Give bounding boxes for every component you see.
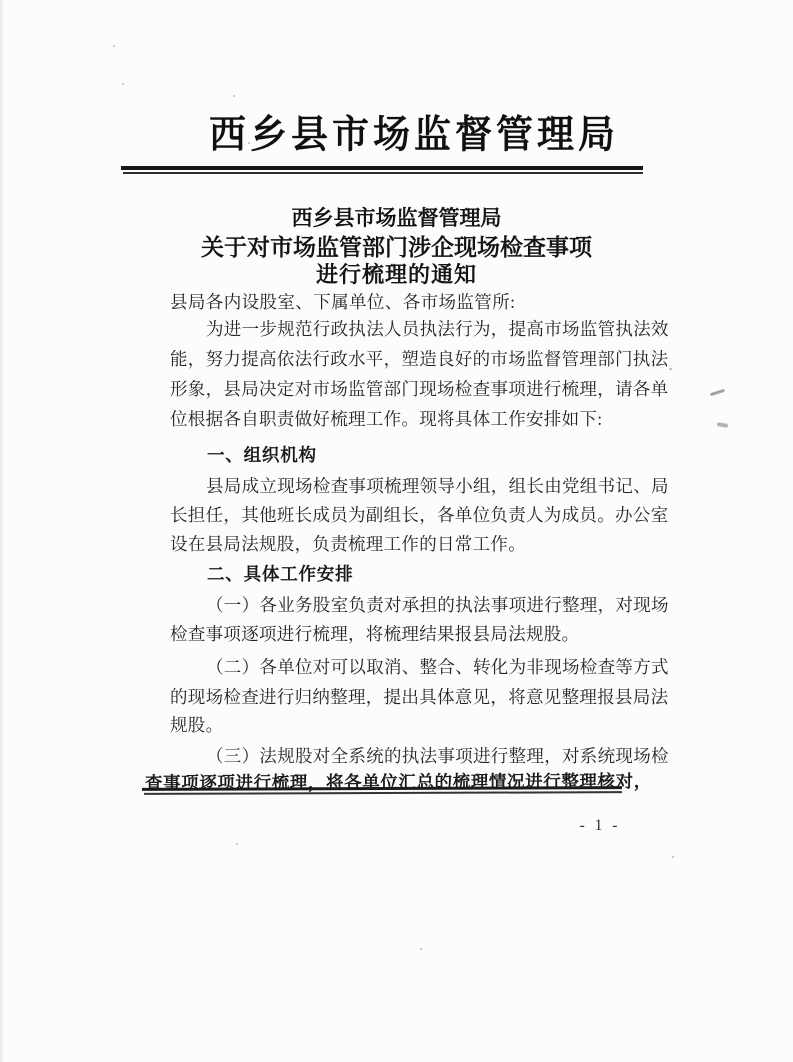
letterhead-rule-thin (123, 172, 643, 174)
scan-speck (236, 843, 238, 845)
strikethrough-line-lower (144, 791, 622, 794)
scan-edge-shadow (0, 0, 4, 1062)
scan-speck (233, 95, 235, 97)
scan-speck (248, 142, 250, 144)
letterhead-rule-thick (121, 166, 643, 170)
body-line: 检查事项逐项进行梳理，将梳理结果报县局法规股。 (170, 623, 579, 645)
page-number: - 1 - (560, 817, 640, 835)
body-line: 规股。 (170, 714, 223, 736)
scan-speck (669, 368, 672, 370)
body-line: （一）各业务股室负责对承担的执法事项进行整理，对现场 (170, 594, 669, 616)
body-line: 设在县局法规股，负责梳理工作的日常工作。 (170, 533, 526, 555)
body-line: 形象，县局决定对市场监管部门现场检查事项进行梳理，请各单 (170, 378, 668, 400)
pencil-smudge (710, 389, 725, 396)
scan-speck (672, 856, 674, 858)
scanned-notice-page: 西乡县市场监督管理局 西乡县市场监督管理局 关于对市场监管部门涉企现场检查事项 … (0, 0, 793, 1062)
agency-letterhead: 西乡县市场监督管理局 (209, 113, 619, 160)
body-line: （二）各单位对可以取消、整合、转化为非现场检查等方式 (170, 656, 669, 678)
doc-title-line-1: 西乡县市场监督管理局 (0, 202, 793, 232)
section-heading-2: 二、具体工作安排 (170, 563, 353, 585)
scan-speck (122, 83, 124, 85)
body-line: 为进一步规范行政执法人员执法行为，提高市场监管执法效 (170, 318, 669, 340)
body-line: 长担任，其他班长成员为副组长，各单位负责人为成员。办公室 (170, 504, 668, 526)
scan-speck (420, 948, 422, 950)
section-heading-1: 一、组织机构 (170, 444, 317, 466)
body-line: 县局成立现场检查事项梳理领导小组，组长由党组书记、局 (170, 475, 669, 497)
doc-title-line-3: 进行梳理的通知 (0, 258, 793, 289)
body-line: 的现场检查进行归纳整理，提出具体意见，将意见整理报县局法 (170, 686, 668, 708)
pencil-smudge (717, 422, 728, 428)
body-line: （三）法规股对全系统的执法事项进行整理，对系统现场检 (170, 745, 669, 767)
salutation: 县局各内设股室、下属单位、各市场监管所: (170, 289, 515, 314)
body-line: 位根据各自职责做好梳理工作。现将具体工作安排如下: (170, 408, 602, 430)
scan-speck (113, 45, 115, 47)
body-line: 能，努力提高依法行政水平，塑造良好的市场监督管理部门执法 (170, 348, 668, 370)
